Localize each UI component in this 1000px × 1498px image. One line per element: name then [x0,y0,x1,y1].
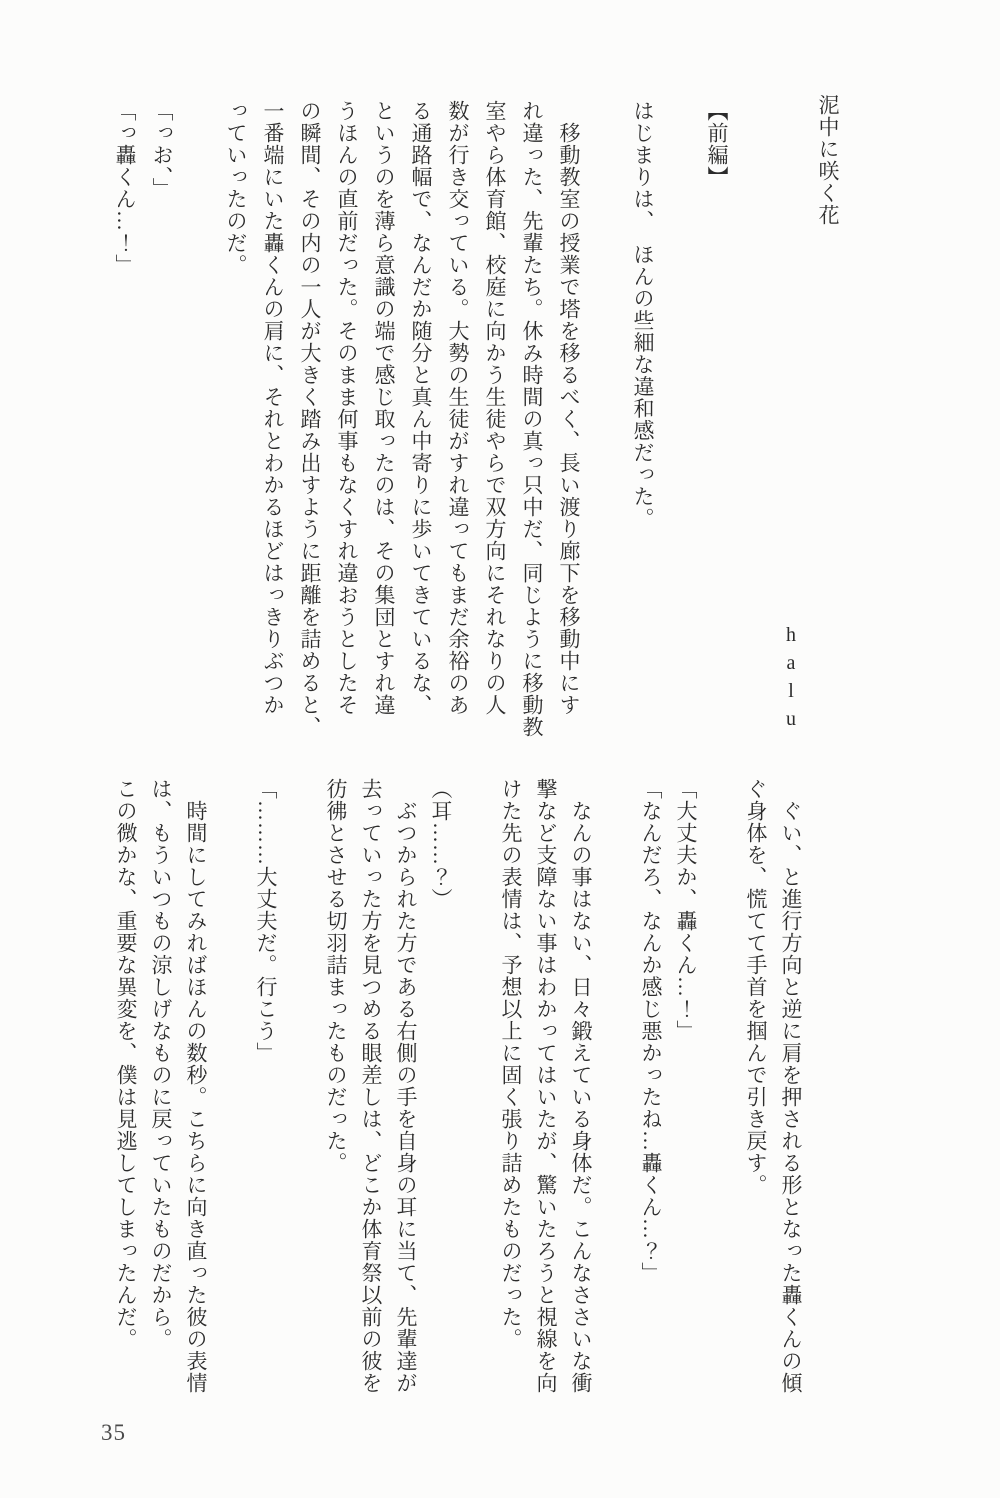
text-column: というのを薄ら意識の端で感じ取ったのは、その集団とすれ違 [365,86,402,742]
text-column: なんの事はない、日々鍛えている身体だ。こんなささいな衝 [563,775,598,1435]
text-column: 撃など支障ない事はわかってはいたが、驚いたろうと視線を向 [528,775,563,1435]
part-label: 【前編】 [698,86,735,742]
text-column: はじまりは、 ほんの些細な違和感だった。 [624,86,661,742]
text-column: る通路幅で、なんだか随分と真ん中寄りに歩いてきているな、 [402,86,439,742]
column-gap [213,775,248,1435]
story-title: 泥中に咲く花 [809,86,846,742]
column-gap [283,775,318,1435]
text-column: の瞬間、その内の一人が大きく踏み出すように距離を詰めると、 [291,86,328,742]
upper-text-block: 泥中に咲く花 halu 【前編】 はじまりは、 ほんの些細な違和感だった。 移動… [106,86,846,742]
column-gap [703,775,738,1435]
text-column: 「っ轟くん…！」 [106,86,143,742]
text-column: 「大丈夫か、轟くん…！」 [668,775,703,1435]
text-column: 「なんだろ、なんか感じ悪かったね…轟くん…？」 [633,775,668,1435]
book-page: 泥中に咲く花 halu 【前編】 はじまりは、 ほんの些細な違和感だった。 移動… [0,0,1000,1498]
text-column: 室やら体育館、校庭に向かう生徒やらで双方向にそれなりの人 [476,86,513,742]
lower-text-block: ぐい、と進行方向と逆に肩を押される形となった轟くんの傾ぐ身体を、慌てて手首を掴ん… [108,775,808,1435]
column-gap [458,775,493,1435]
text-column: れ違った、先輩たち。休み時間の真っ只中だ、同じように移動教 [513,86,550,742]
text-column: 一番端にいた轟くんの肩に、それとわかるほどはっきりぶつか [254,86,291,742]
text-column: 「っお、」 [143,86,180,742]
text-column: 「………大丈夫だ。行こう」 [248,775,283,1435]
text-column: っていったのだ。 [217,86,254,742]
text-column: 彷彿とさせる切羽詰まったものだった。 [318,775,353,1435]
text-column: 数が行き交っている。大勢の生徒がすれ違ってもまだ余裕のあ [439,86,476,742]
text-column: は、もういつもの涼しげなものに戻っていたものだから。 [143,775,178,1435]
page-number: 35 [101,1420,126,1446]
text-column: けた先の表情は、予想以上に固く張り詰めたものだった。 [493,775,528,1435]
author-name: halu [772,86,809,742]
text-column: 去っていった方を見つめる眼差しは、どこか体育祭以前の彼を [353,775,388,1435]
column-gap [735,86,772,742]
text-column: ぐ身体を、慌てて手首を掴んで引き戻す。 [738,775,773,1435]
text-column: ぶつかられた方である右側の手を自身の耳に当て、先輩達が [388,775,423,1435]
text-column: ぐい、と進行方向と逆に肩を押される形となった轟くんの傾 [773,775,808,1435]
column-gap [180,86,217,742]
text-column: 時間にしてみればほんの数秒。こちらに向き直った彼の表情 [178,775,213,1435]
text-column: 移動教室の授業で塔を移るべく、長い渡り廊下を移動中にす [550,86,587,742]
text-column: （耳……？） [423,775,458,1435]
text-column: この微かな、重要な異変を、僕は見逃してしまったんだ。 [108,775,143,1435]
column-gap [587,86,624,742]
column-gap [598,775,633,1435]
column-gap [661,86,698,742]
text-column: うほんの直前だった。そのまま何事もなくすれ違おうとしたそ [328,86,365,742]
